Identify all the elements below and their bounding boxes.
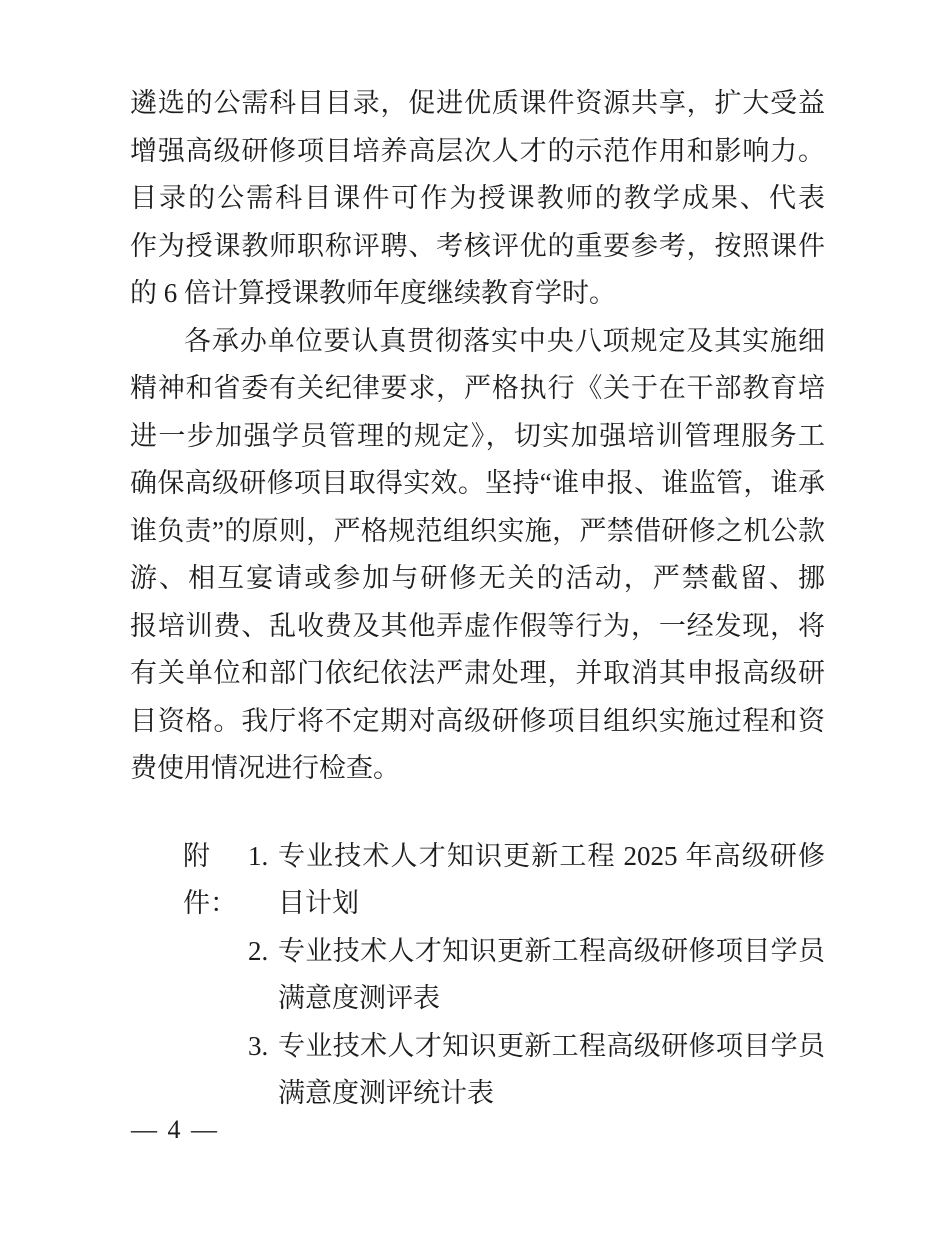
paragraphs-container: 遴选的公需科目目录，促进优质课件资源共享，扩大受益面，增强高级研修项目培养高层次… [130,80,825,793]
text-line: 满意度测评表 [278,975,825,1023]
text-line: 专业技术人才知识更新工程 2025 年高级研修项 [278,833,825,881]
text-line: 目资格。我厅将不定期对高级研修项目组织实施过程和资助经 [130,698,825,746]
attachment-title: 专业技术人才知识更新工程 2025 年高级研修项目计划 [278,833,825,928]
paragraph-public-courses: 遴选的公需科目目录，促进优质课件资源共享，扩大受益面，增强高级研修项目培养高层次… [130,80,825,318]
text-line: 目录的公需科目课件可作为授课教师的教学成果、代表作，可 [130,175,825,223]
attachment-number: 3. [248,1023,278,1071]
text-line: 游、相互宴请或参加与研修无关的活动，严禁截留、挪用、虚 [130,555,825,603]
text-line: 进一步加强学员管理的规定》，切实加强培训管理服务工作， [130,413,825,461]
attachments-label-spacer [183,928,248,976]
document-page: 遴选的公需科目目录，促进优质课件资源共享，扩大受益面，增强高级研修项目培养高层次… [0,0,951,1244]
document-body: 遴选的公需科目目录，促进优质课件资源共享，扩大受益面，增强高级研修项目培养高层次… [130,80,825,1118]
text-line: 作为授课教师职称评聘、考核评优的重要参考，按照课件课时 [130,223,825,271]
text-line: 目计划 [278,880,825,928]
text-line: 增强高级研修项目培养高层次人才的示范作用和影响力。纳入 [130,128,825,176]
attachment-number: 1. [248,833,278,881]
attachment-title: 专业技术人才知识更新工程高级研修项目学员满意度测评统计表 [278,1023,825,1118]
text-line: 专业技术人才知识更新工程高级研修项目学员 [278,928,825,976]
text-line: 有关单位和部门依纪依法严肃处理，并取消其申报高级研修项 [130,650,825,698]
text-line: 报培训费、乱收费及其他弄虚作假等行为，一经发现，将提请 [130,603,825,651]
text-line: 专业技术人才知识更新工程高级研修项目学员 [278,1023,825,1071]
text-line: 的 6 倍计算授课教师年度继续教育学时。 [130,270,825,318]
attachment-number: 2. [248,928,278,976]
text-line: 费使用情况进行检查。 [130,745,825,793]
attachment-title: 专业技术人才知识更新工程高级研修项目学员满意度测评表 [278,928,825,1023]
attachments-label-spacer [183,1023,248,1071]
attachment-item: 3.专业技术人才知识更新工程高级研修项目学员满意度测评统计表 [183,1023,825,1118]
paragraph-discipline-requirements: 各承办单位要认真贯彻落实中央八项规定及其实施细则精神和省委有关纪律要求，严格执行… [130,318,825,793]
text-line: 满意度测评统计表 [278,1070,825,1118]
page-number: — 4 — [131,1114,219,1146]
attachments-block: 附件：1.专业技术人才知识更新工程 2025 年高级研修项目计划2.专业技术人才… [130,833,825,1118]
text-line: 谁负责”的原则，严格规范组织实施，严禁借研修之机公款旅 [130,508,825,556]
text-line: 遴选的公需科目目录，促进优质课件资源共享，扩大受益面， [130,80,825,128]
attachment-item: 2.专业技术人才知识更新工程高级研修项目学员满意度测评表 [183,928,825,1023]
attachment-item: 附件：1.专业技术人才知识更新工程 2025 年高级研修项目计划 [183,833,825,928]
attachments-label: 附件： [183,833,248,881]
text-line: 确保高级研修项目取得实效。坚持“谁申报、谁监管，谁承办、 [130,460,825,508]
text-line: 精神和省委有关纪律要求，严格执行《关于在干部教育培训中 [130,365,825,413]
text-line: 各承办单位要认真贯彻落实中央八项规定及其实施细则 [130,318,825,366]
